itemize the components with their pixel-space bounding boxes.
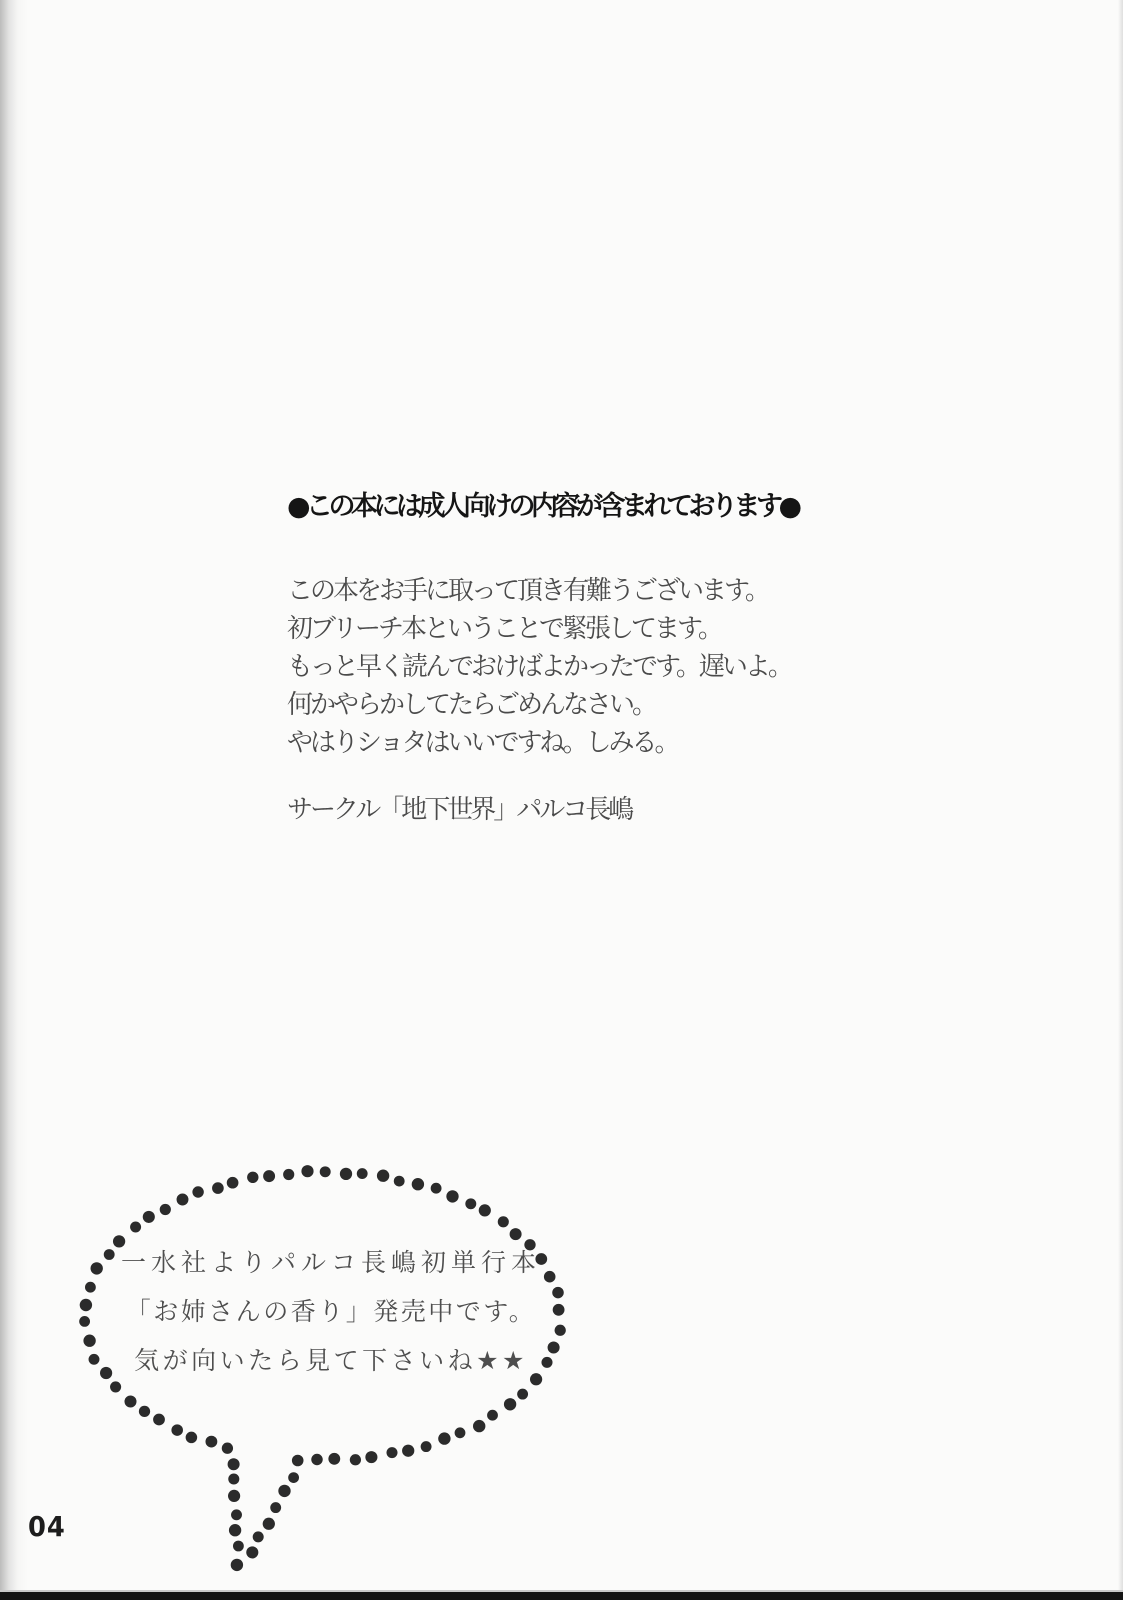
announcement-bubble: 一水社よりパルコ長嶋初単行本 「お姉さんの香り」発売中です。 気が向いたら見て下…	[96, 1238, 566, 1385]
bubble-line: 気が向いたら見て下さいね★★	[96, 1336, 566, 1385]
scan-shadow-right	[1118, 0, 1123, 1600]
scanned-doujinshi-page: ●この本には成人向けの内容が含まれております● この本をお手に取って頂き有難うご…	[0, 0, 1123, 1600]
scan-edge-bottom	[0, 1590, 1123, 1600]
bubble-line: 「お姉さんの香り」発売中です。	[96, 1287, 566, 1336]
foreword-line: 初ブリーチ本ということで緊張してます。	[287, 610, 791, 648]
foreword-line: もっと早く読んでおけばよかったです。遅いよ。	[287, 648, 791, 686]
foreword-line: この本をお手に取って頂き有難うございます。	[287, 572, 791, 610]
scan-shadow-left	[0, 0, 28, 1600]
page-number: 04	[28, 1510, 66, 1543]
foreword-text-block: この本をお手に取って頂き有難うございます。 初ブリーチ本ということで緊張してます…	[287, 572, 791, 762]
bubble-line: 一水社よりパルコ長嶋初単行本	[96, 1238, 566, 1287]
foreword-line: 何かやらかしてたらごめんなさい。	[287, 686, 791, 724]
foreword-line: やはりショタはいいですね。しみる。	[287, 724, 791, 762]
adult-content-notice: ●この本には成人向けの内容が含まれております●	[287, 484, 798, 523]
circle-credit-line: サークル「地下世界」パルコ長嶋	[287, 791, 631, 829]
